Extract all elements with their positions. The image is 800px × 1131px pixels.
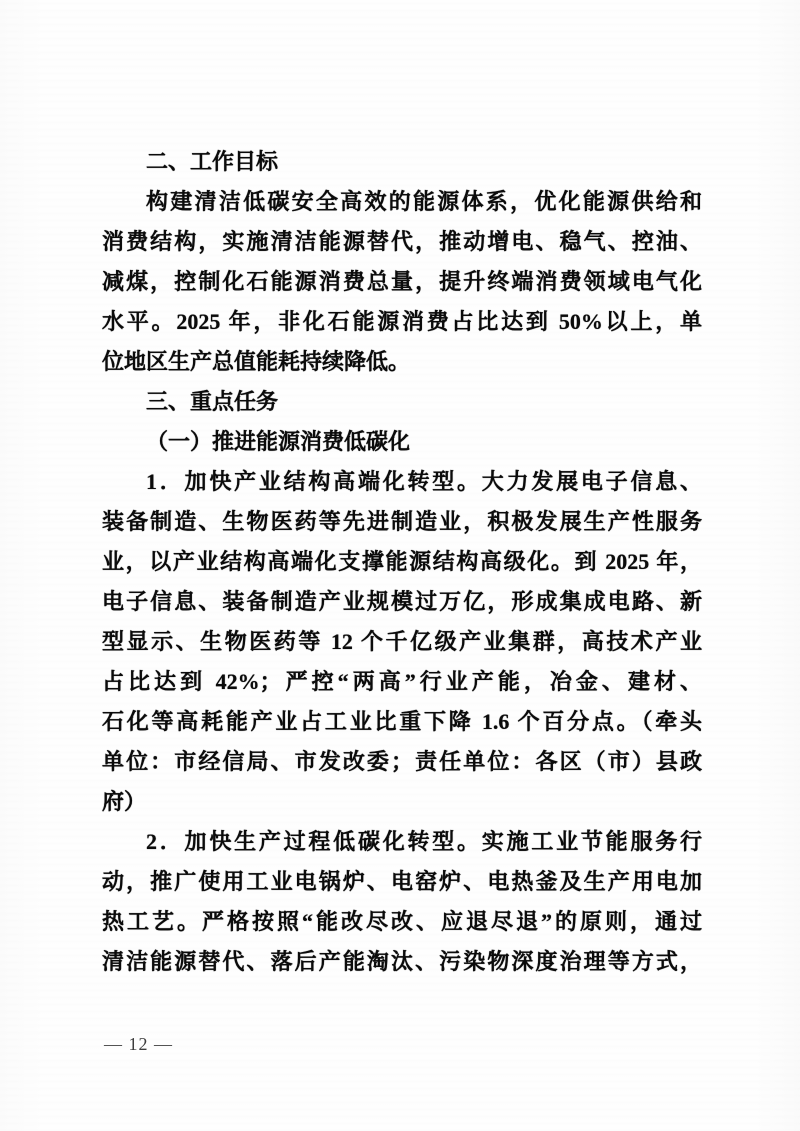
page-number: — 12 — xyxy=(104,1030,173,1058)
work-goals-paragraph-line: 位地区生产总值能耗持续降低。 xyxy=(102,342,702,382)
task1-paragraph-line: 业，以产业结构高端化支撑能源结构高级化。到 2025 年， xyxy=(102,542,702,582)
subsection-heading-energy-consumption: （一）推进能源消费低碳化 xyxy=(102,422,702,462)
document-body: 二、工作目标 构建清洁低碳安全高效的能源体系，优化能源供给和 消费结构，实施清洁… xyxy=(102,142,702,982)
work-goals-paragraph-line: 消费结构，实施清洁能源替代，推动增电、稳气、控油、 xyxy=(102,222,702,262)
task1-paragraph-line: 装备制造、生物医药等先进制造业，积极发展生产性服务 xyxy=(102,502,702,542)
work-goals-paragraph-line: 减煤，控制化石能源消费总量，提升终端消费领域电气化 xyxy=(102,262,702,302)
task1-paragraph-line: 石化等高耗能产业占工业比重下降 1.6 个百分点。（牵头 xyxy=(102,702,702,742)
task2-paragraph-line: 清洁能源替代、落后产能淘汰、污染物深度治理等方式， xyxy=(102,942,702,982)
task2-paragraph-line: 动，推广使用工业电锅炉、电窑炉、电热釜及生产用电加 xyxy=(102,862,702,902)
work-goals-paragraph-line: 水平。2025 年，非化石能源消费占比达到 50%以上，单 xyxy=(102,302,702,342)
section-heading-key-tasks: 三、重点任务 xyxy=(102,382,702,422)
task1-paragraph-line: 型显示、生物医药等 12 个千亿级产业集群，高技术产业 xyxy=(102,622,702,662)
task2-paragraph-line: 2．加快生产过程低碳化转型。实施工业节能服务行 xyxy=(102,822,702,862)
task1-paragraph-line: 府） xyxy=(102,782,702,822)
task1-paragraph-line: 占比达到 42%；严控“两高”行业产能，冶金、建材、 xyxy=(102,662,702,702)
task2-paragraph-line: 热工艺。严格按照“能改尽改、应退尽退”的原则，通过 xyxy=(102,902,702,942)
section-heading-work-goals: 二、工作目标 xyxy=(102,142,702,182)
task1-paragraph-line: 单位：市经信局、市发改委；责任单位：各区（市）县政 xyxy=(102,742,702,782)
task1-paragraph-line: 电子信息、装备制造产业规模过万亿，形成集成电路、新 xyxy=(102,582,702,622)
scanned-document-page: 二、工作目标 构建清洁低碳安全高效的能源体系，优化能源供给和 消费结构，实施清洁… xyxy=(0,0,800,1131)
work-goals-paragraph-line: 构建清洁低碳安全高效的能源体系，优化能源供给和 xyxy=(102,182,702,222)
task1-paragraph-line: 1．加快产业结构高端化转型。大力发展电子信息、 xyxy=(102,462,702,502)
